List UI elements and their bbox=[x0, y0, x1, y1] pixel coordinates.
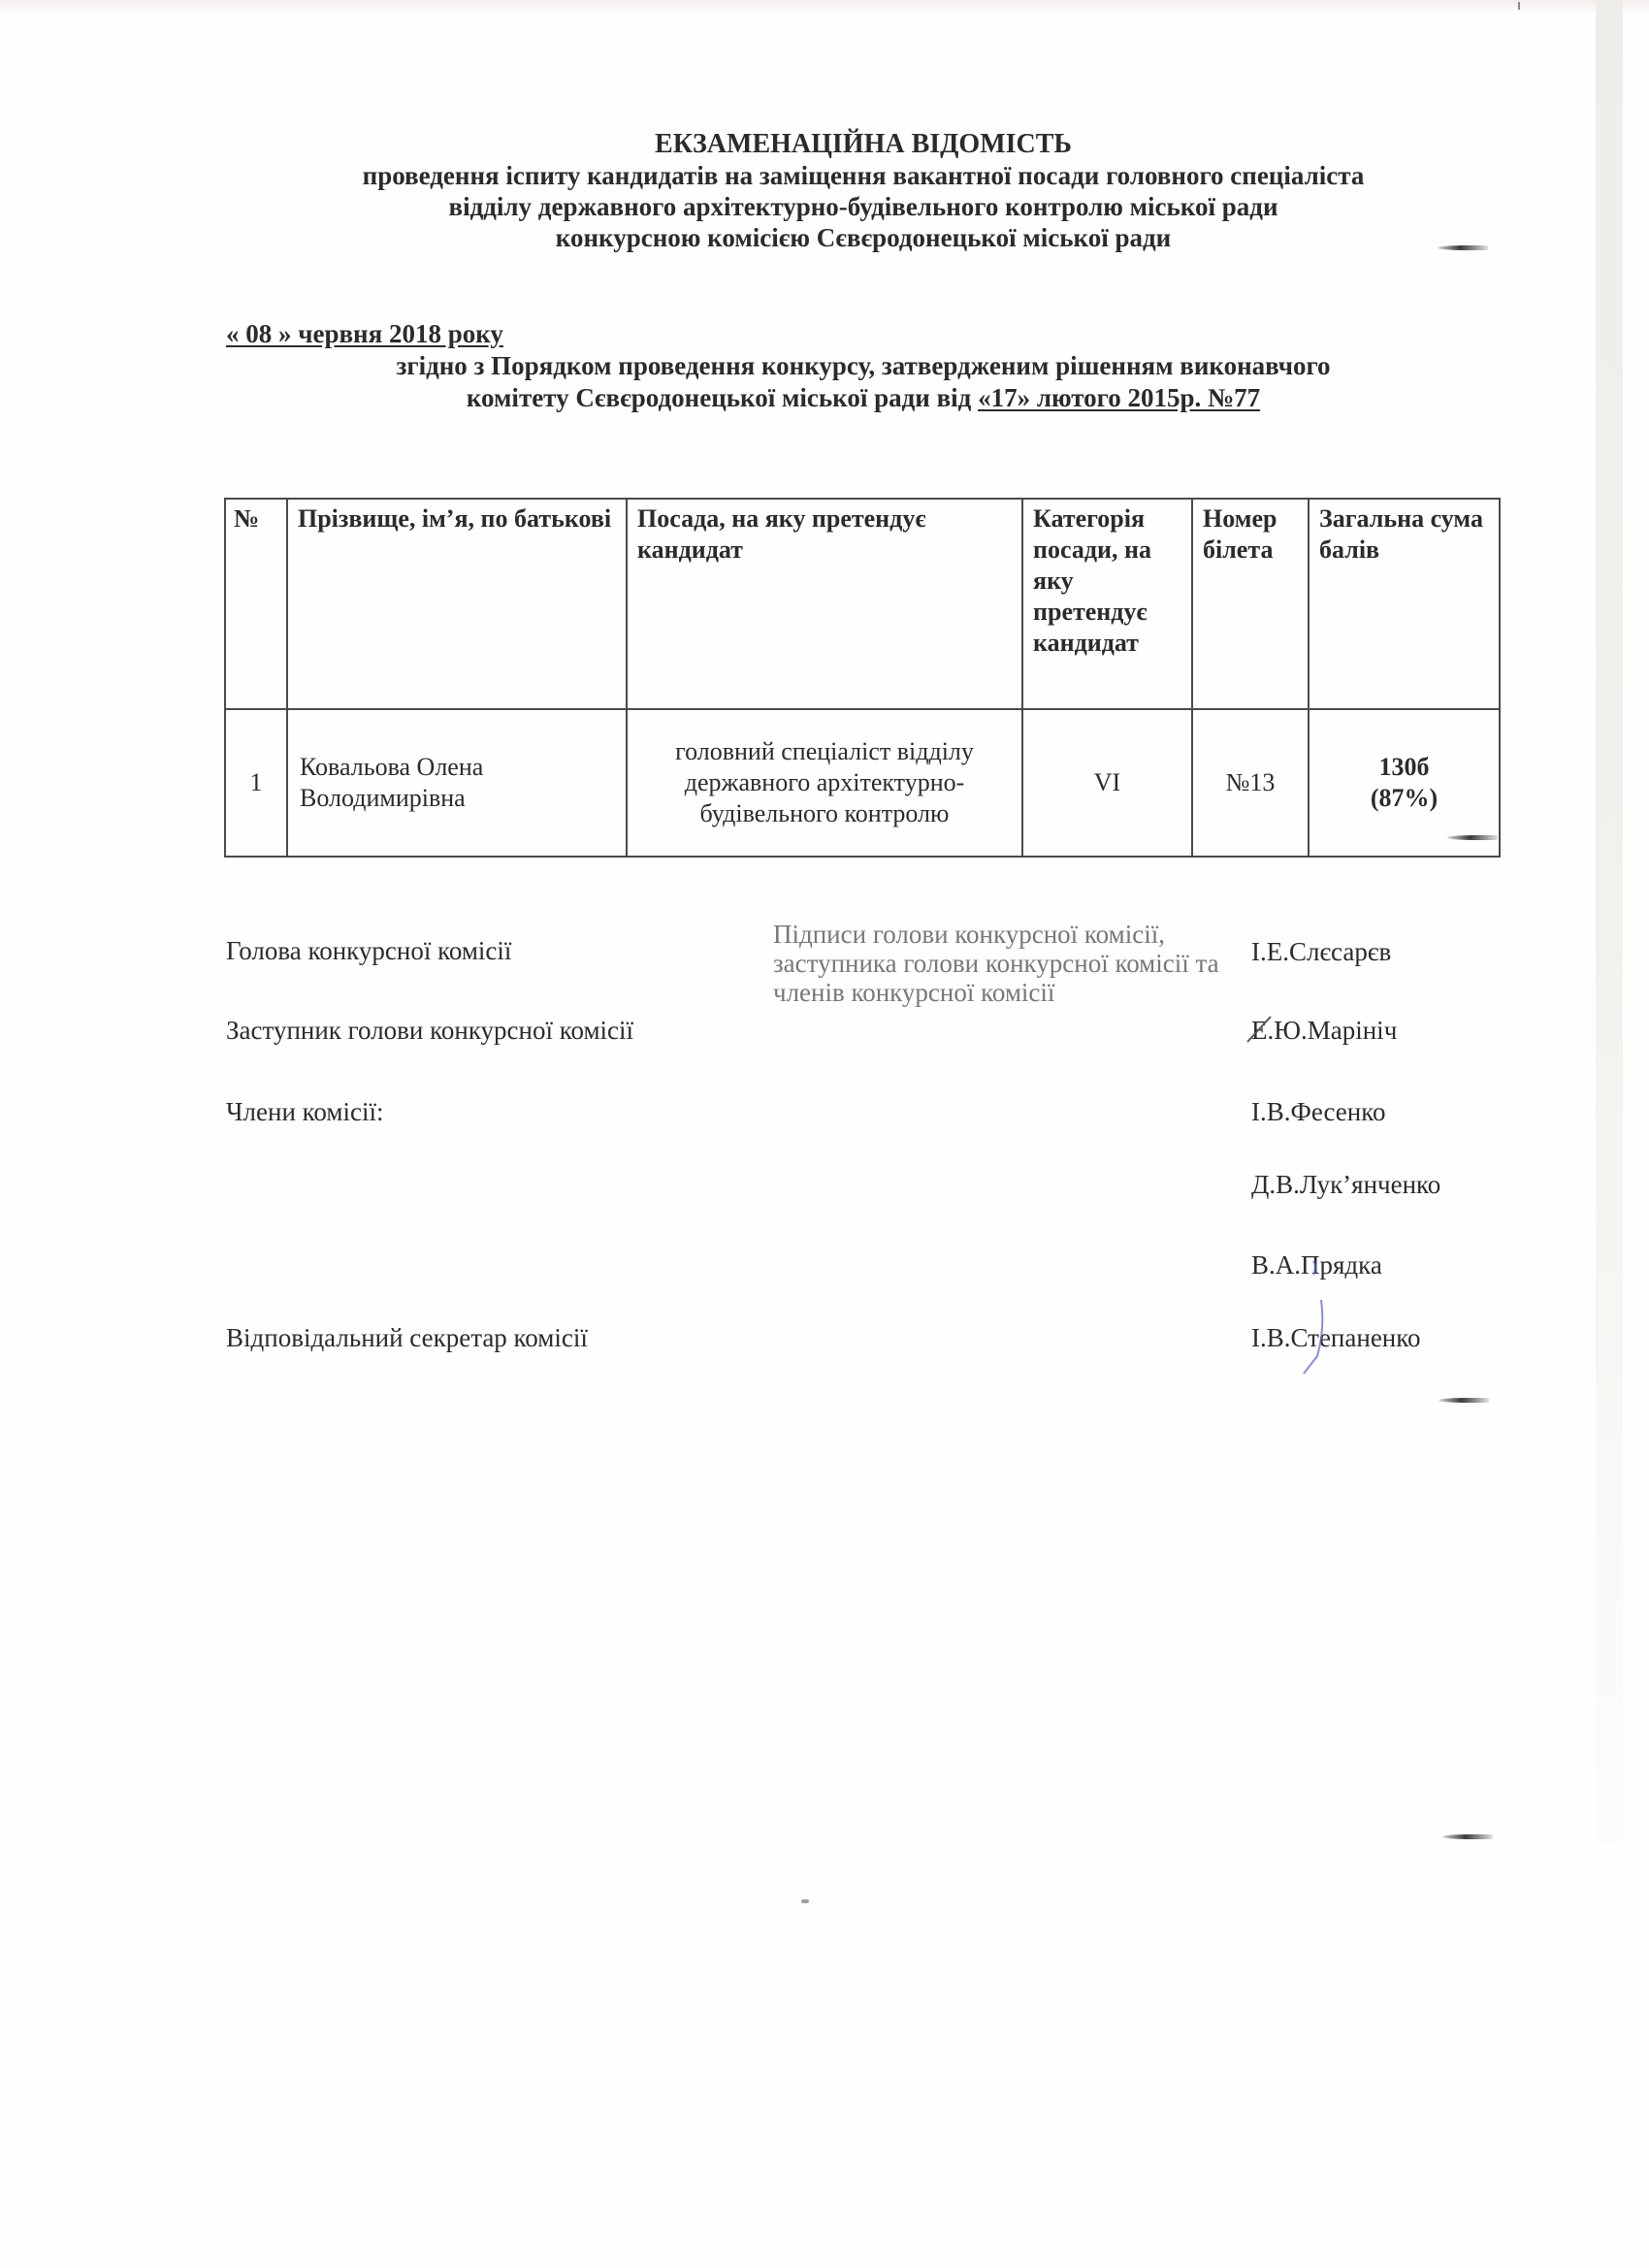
role-secretary: Відповідальний секретар комісії bbox=[226, 1323, 588, 1353]
header-total-score: Загальна сума балів bbox=[1309, 499, 1500, 709]
role-members: Члени комісії: bbox=[226, 1097, 383, 1127]
cell-position: головний спеціаліст відділу державного а… bbox=[627, 709, 1022, 857]
cell-full-name: Ковальова Олена Володимирівна bbox=[287, 709, 627, 857]
header-category: Категорія посади, на яку претендує канди… bbox=[1022, 499, 1192, 709]
basis-line-prefix: комітету Сєвєродонецької міської ради ві… bbox=[467, 383, 978, 412]
header-full-name: Прізвище, ім’я, по батькові bbox=[287, 499, 627, 709]
cell-score: 130б (87%) bbox=[1309, 709, 1500, 857]
role-deputy: Заступник голови конкурсної комісії bbox=[226, 1016, 633, 1046]
score-percent: (87%) bbox=[1309, 783, 1499, 814]
header-number: № bbox=[225, 499, 287, 709]
basis-line: комітету Сєвєродонецької міської ради ві… bbox=[223, 382, 1503, 414]
pen-stroke-icon bbox=[1242, 1009, 1280, 1048]
table-row: 1 Ковальова Олена Володимирівна головний… bbox=[225, 709, 1500, 857]
signer-name: І.В.Степаненко bbox=[1251, 1323, 1421, 1353]
scan-edge-top bbox=[0, 0, 1649, 14]
table-header-row: № Прізвище, ім’я, по батькові Посада, на… bbox=[225, 499, 1500, 709]
exam-results-table: № Прізвище, ім’я, по батькові Посада, на… bbox=[224, 498, 1501, 858]
basis-reference: «17» лютого 2015р. №77 bbox=[978, 383, 1260, 412]
score-points: 130б bbox=[1309, 752, 1499, 783]
subtitle-line: відділу державного архітектурно-будівель… bbox=[223, 191, 1503, 222]
basis-text: згідно з Порядком проведення конкурсу, з… bbox=[223, 350, 1503, 414]
pen-stroke-icon bbox=[1300, 1242, 1329, 1377]
exam-date: « 08 » червня 2018 року bbox=[226, 319, 503, 349]
header-ticket-number: Номер білета bbox=[1192, 499, 1309, 709]
scan-mark bbox=[1442, 1831, 1493, 1841]
document-title: ЕКЗАМЕНАЦІЙНА ВІДОМІСТЬ bbox=[223, 129, 1503, 160]
basis-line: згідно з Порядком проведення конкурсу, з… bbox=[223, 350, 1503, 382]
scan-tick bbox=[1518, 2, 1520, 10]
subtitle-line: конкурсною комісією Сєвєродонецької місь… bbox=[223, 222, 1503, 253]
scan-mark bbox=[1439, 1395, 1489, 1405]
cell-category: VI bbox=[1022, 709, 1192, 857]
signer-name: І.В.Фесенко bbox=[1251, 1097, 1385, 1127]
signer-name: І.Е.Слєсарєв bbox=[1251, 937, 1391, 967]
cell-ticket: №13 bbox=[1192, 709, 1309, 857]
signer-name: Д.В.Лук’янченко bbox=[1251, 1170, 1440, 1200]
subtitle-line: проведення іспиту кандидатів на заміщенн… bbox=[223, 160, 1503, 191]
scan-dot bbox=[801, 1899, 809, 1903]
document-heading: ЕКЗАМЕНАЦІЙНА ВІДОМІСТЬ проведення іспит… bbox=[223, 129, 1503, 253]
cell-number: 1 bbox=[225, 709, 287, 857]
header-position: Посада, на яку претендує кандидат bbox=[627, 499, 1022, 709]
signatures-note: Підписи голови конкурсної комісії, засту… bbox=[773, 920, 1229, 1007]
role-chair: Голова конкурсної комісії bbox=[226, 936, 511, 966]
scan-edge-strip bbox=[1596, 0, 1623, 1843]
